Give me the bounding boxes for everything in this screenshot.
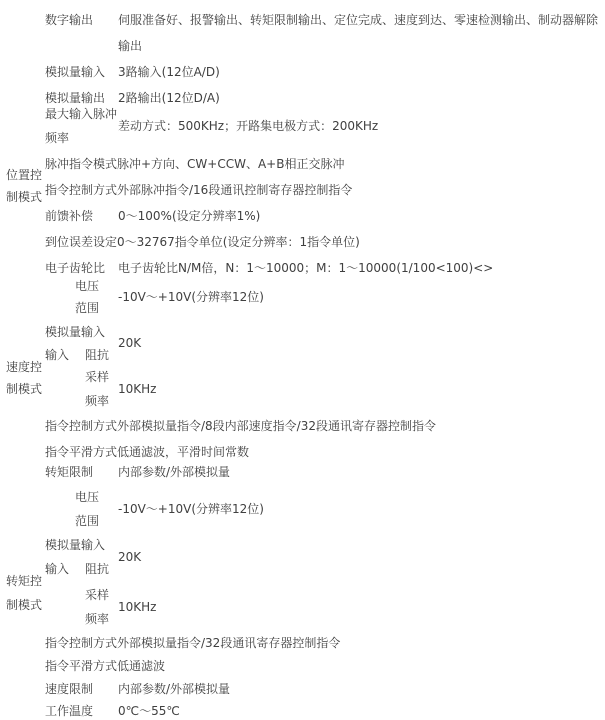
electronic-gear-value: 电子齿轮比N/M倍，N：1～10000；M：1～10000(1/100<100)… <box>118 261 493 275</box>
torque-sampling-freq-label: 采样 <box>85 588 109 602</box>
speed-mode-group-label: 速度控 <box>6 360 42 374</box>
torque-input-impedance-value: 20K <box>118 550 141 564</box>
feedforward-value: 0～100%(设定分辨率1%) <box>118 209 260 223</box>
torque-command-control-row: 指令控制方式外部模拟量指令/32段通讯寄存器控制指令 <box>45 636 340 650</box>
position-error-row: 到位误差设定0～32767指令单位(设定分辨率：1指令单位) <box>45 235 360 249</box>
speed-voltage-range-label-wrap: 范围 <box>75 301 99 315</box>
speed-voltage-range-value: -10V～+10V(分辨率12位) <box>118 290 264 304</box>
analog-output-count-value: 2路输出(12位D/A) <box>118 91 220 105</box>
speed-analog-input-label-wrap: 输入 <box>45 348 69 362</box>
torque-voltage-range-value: -10V～+10V(分辨率12位) <box>118 502 264 516</box>
speed-analog-input-label: 模拟量输入 <box>45 325 105 339</box>
speed-input-impedance-label: 阻抗 <box>85 348 109 362</box>
position-command-control-row: 指令控制方式外部脉冲指令/16段通讯控制寄存器控制指令 <box>45 183 352 197</box>
torque-sampling-freq-label-wrap: 频率 <box>85 612 109 626</box>
analog-input-count-value: 3路输入(12位A/D) <box>118 65 220 79</box>
position-mode-group-label-wrap: 制模式 <box>6 190 42 204</box>
speed-mode-group-label-wrap: 制模式 <box>6 382 42 396</box>
torque-command-smoothing-row: 指令平滑方式低通滤波 <box>45 659 165 673</box>
torque-limit-label: 转矩限制 <box>45 465 93 479</box>
max-pulse-freq-label: 最大输入脉冲 <box>45 107 117 121</box>
speed-sampling-freq-label-wrap: 频率 <box>85 394 109 408</box>
speed-command-smoothing-row: 指令平滑方式低通滤波，平滑时间常数 <box>45 445 249 459</box>
speed-limit-label: 速度限制 <box>45 682 93 696</box>
pulse-command-mode-row: 脉冲指令模式脉冲+方向、CW+CCW、A+B相正交脉冲 <box>45 157 344 171</box>
torque-sampling-freq-value: 10KHz <box>118 600 156 614</box>
max-pulse-freq-value: 差动方式：500KHz；开路集电极方式：200KHz <box>118 119 378 133</box>
operating-temp-label: 工作温度 <box>45 704 93 718</box>
speed-sampling-freq-value: 10KHz <box>118 382 156 396</box>
analog-output-count-label: 模拟量输出 <box>45 91 105 105</box>
speed-command-control-row: 指令控制方式外部模拟量指令/8段内部速度指令/32段通讯寄存器控制指令 <box>45 419 436 433</box>
torque-analog-input-label: 模拟量输入 <box>45 538 105 552</box>
speed-limit-value: 内部参数/外部模拟量 <box>118 682 230 696</box>
digital-output-value-wrap: 输出 <box>118 39 142 53</box>
max-pulse-freq-label-wrap: 频率 <box>45 131 69 145</box>
operating-temp-value: 0℃～55℃ <box>118 704 180 718</box>
torque-limit-value: 内部参数/外部模拟量 <box>118 465 230 479</box>
torque-voltage-range-label-wrap: 范围 <box>75 514 99 528</box>
feedforward-label: 前馈补偿 <box>45 209 93 223</box>
digital-output-label: 数字输出 <box>45 13 93 27</box>
speed-input-impedance-value: 20K <box>118 336 141 350</box>
torque-input-impedance-label: 阻抗 <box>85 562 109 576</box>
digital-output-value: 伺服准备好、报警输出、转矩限制输出、定位完成、速度到达、零速检测输出、制动器解除 <box>118 13 598 27</box>
electronic-gear-label: 电子齿轮比 <box>45 261 105 275</box>
torque-voltage-range-label: 电压 <box>75 490 99 504</box>
speed-voltage-range-label: 电压 <box>75 279 99 293</box>
torque-analog-input-label-wrap: 输入 <box>45 562 69 576</box>
servo-spec-table: 数字输出 伺服准备好、报警输出、转矩限制输出、定位完成、速度到达、零速检测输出、… <box>0 0 605 720</box>
position-mode-group-label: 位置控 <box>6 168 42 182</box>
torque-mode-group-label: 转矩控 <box>6 574 42 588</box>
analog-input-count-label: 模拟量输入 <box>45 65 105 79</box>
torque-mode-group-label-wrap: 制模式 <box>6 598 42 612</box>
speed-sampling-freq-label: 采样 <box>85 370 109 384</box>
